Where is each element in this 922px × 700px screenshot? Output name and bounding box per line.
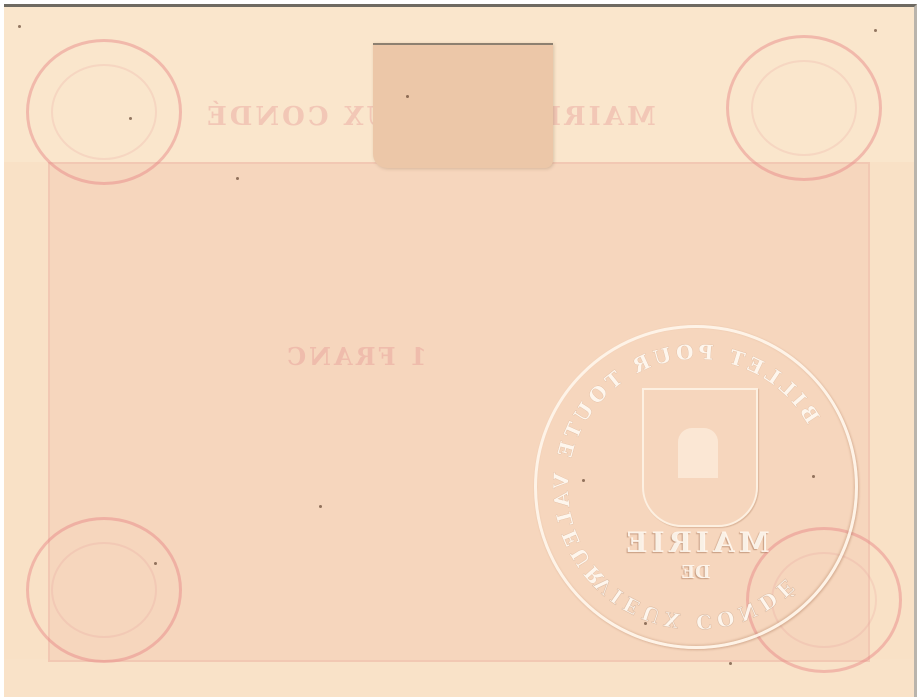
stamp-hinge xyxy=(373,43,553,168)
paper-speck xyxy=(154,562,157,565)
paper-speck xyxy=(729,662,732,665)
paper-bottom-band xyxy=(4,659,914,697)
paper-speck xyxy=(129,117,132,120)
paper-speck xyxy=(406,95,409,98)
paper-speck xyxy=(18,25,21,28)
show-through-corner-medallion xyxy=(26,39,182,185)
show-through-corner-medallion xyxy=(726,35,882,181)
show-through-corner-medallion xyxy=(26,517,182,663)
seal-center-word: MAIRIE xyxy=(537,526,855,559)
seal-coat-of-arms xyxy=(642,388,758,527)
paper-speck xyxy=(644,622,647,625)
paper-speck xyxy=(319,505,322,508)
show-through-value: 1 FRANC xyxy=(284,342,427,371)
tower-icon xyxy=(678,428,718,478)
paper-speck xyxy=(874,29,877,32)
banknote-reverse: MAIRIE DE VIEUX CONDÉ 1 FRANC BILLET POU… xyxy=(4,4,917,697)
paper-speck xyxy=(236,177,239,180)
seal-center-sub: DE xyxy=(537,562,855,583)
paper-speck xyxy=(812,475,815,478)
embossed-seal: BILLET POUR TOUTE VALEUR VIEUX CONDÉ MAI… xyxy=(534,325,858,649)
paper-speck xyxy=(582,479,585,482)
